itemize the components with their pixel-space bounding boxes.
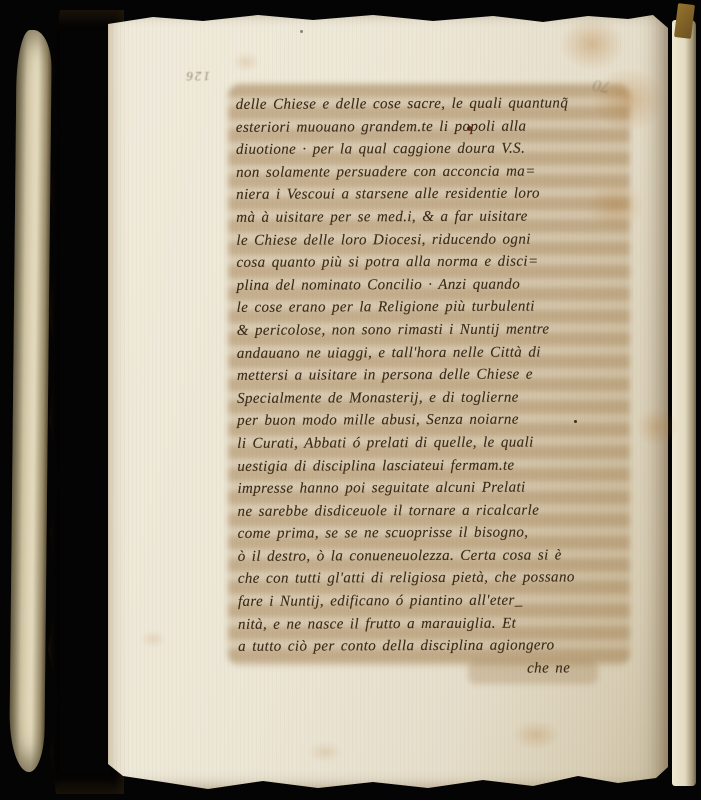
manuscript-line: le cose erano per la Religione più turbu… <box>237 295 629 319</box>
foxing-stain <box>308 742 342 762</box>
manuscript-line: mettersi a uisitare in persona delle Chi… <box>237 363 629 387</box>
manuscript-line: andauano ne uiaggi, e tall'hora nelle Ci… <box>237 341 629 365</box>
foxing-stain <box>140 630 166 648</box>
manuscript-line: le Chiese delle loro Diocesi, riducendo … <box>236 228 628 252</box>
manuscript-line: & pericolose, non sono rimasti i Nuntij … <box>237 318 629 342</box>
manuscript-line: non solamente persuadere con acconcia ma… <box>236 160 628 184</box>
manuscript-line: come prima, se se ne scuoprisse il bisog… <box>238 521 630 545</box>
book-spine-edge <box>9 30 52 772</box>
manuscript-line: cosa quanto più si potra alla norma e di… <box>236 250 628 274</box>
manuscript-line: ò il destro, ò la conueneuolezza. Certa … <box>238 544 630 568</box>
manuscript-line: a tutto ciò per conto della disciplina a… <box>238 634 630 658</box>
foxing-stain <box>512 720 560 750</box>
foxing-stain <box>232 52 260 72</box>
manuscript-line: delle Chiese e delle cose sacre, le qual… <box>236 92 628 116</box>
manuscript-line: ne sarebbe disdiceuole il tornare a rica… <box>237 499 629 523</box>
catchword: che ne <box>238 657 630 681</box>
manuscript-line: li Curati, Abbati ó prelati di quelle, l… <box>237 431 629 455</box>
manuscript-line: diuotione · per la qual caggione doura V… <box>236 137 628 161</box>
manuscript-line: fare i Nuntij, edificano ó piantino all'… <box>238 589 630 613</box>
manuscript-line: per buon modo mille abusi, Senza noiarne <box>237 408 629 432</box>
handwritten-text-block: delle Chiese e delle cose sacre, le qual… <box>236 92 631 681</box>
manuscript-line: plina del nominato Concilio · Anzi quand… <box>237 273 629 297</box>
manuscript-line: nità, e ne nasce il frutto a marauiglia.… <box>238 612 630 636</box>
manuscript-line: impresse hanno poi seguitate alcuni Prel… <box>237 476 629 500</box>
manuscript-line: esteriori muouano grandem.te li popoli a… <box>236 115 628 139</box>
manuscript-line: uestigia di disciplina lasciateui fermam… <box>237 454 629 478</box>
photo-backdrop: 126 70 delle Chiese e delle cose sacre, … <box>0 0 701 800</box>
facing-page-edge <box>672 20 696 786</box>
manuscript-line: Specialmente de Monasterij, e di toglier… <box>237 386 629 410</box>
foxing-stain <box>560 18 624 70</box>
manuscript-line: niera i Vescoui a starsene alle resident… <box>236 183 628 207</box>
ink-speck <box>300 30 303 33</box>
manuscript-line: che con tutti gl'atti di religiosa pietà… <box>238 567 630 591</box>
manuscript-line: mà à uisitare per se med.i, & a far uisi… <box>236 205 628 229</box>
bleedthrough-folio-number: 126 <box>158 68 210 84</box>
foxing-stain <box>636 408 678 446</box>
